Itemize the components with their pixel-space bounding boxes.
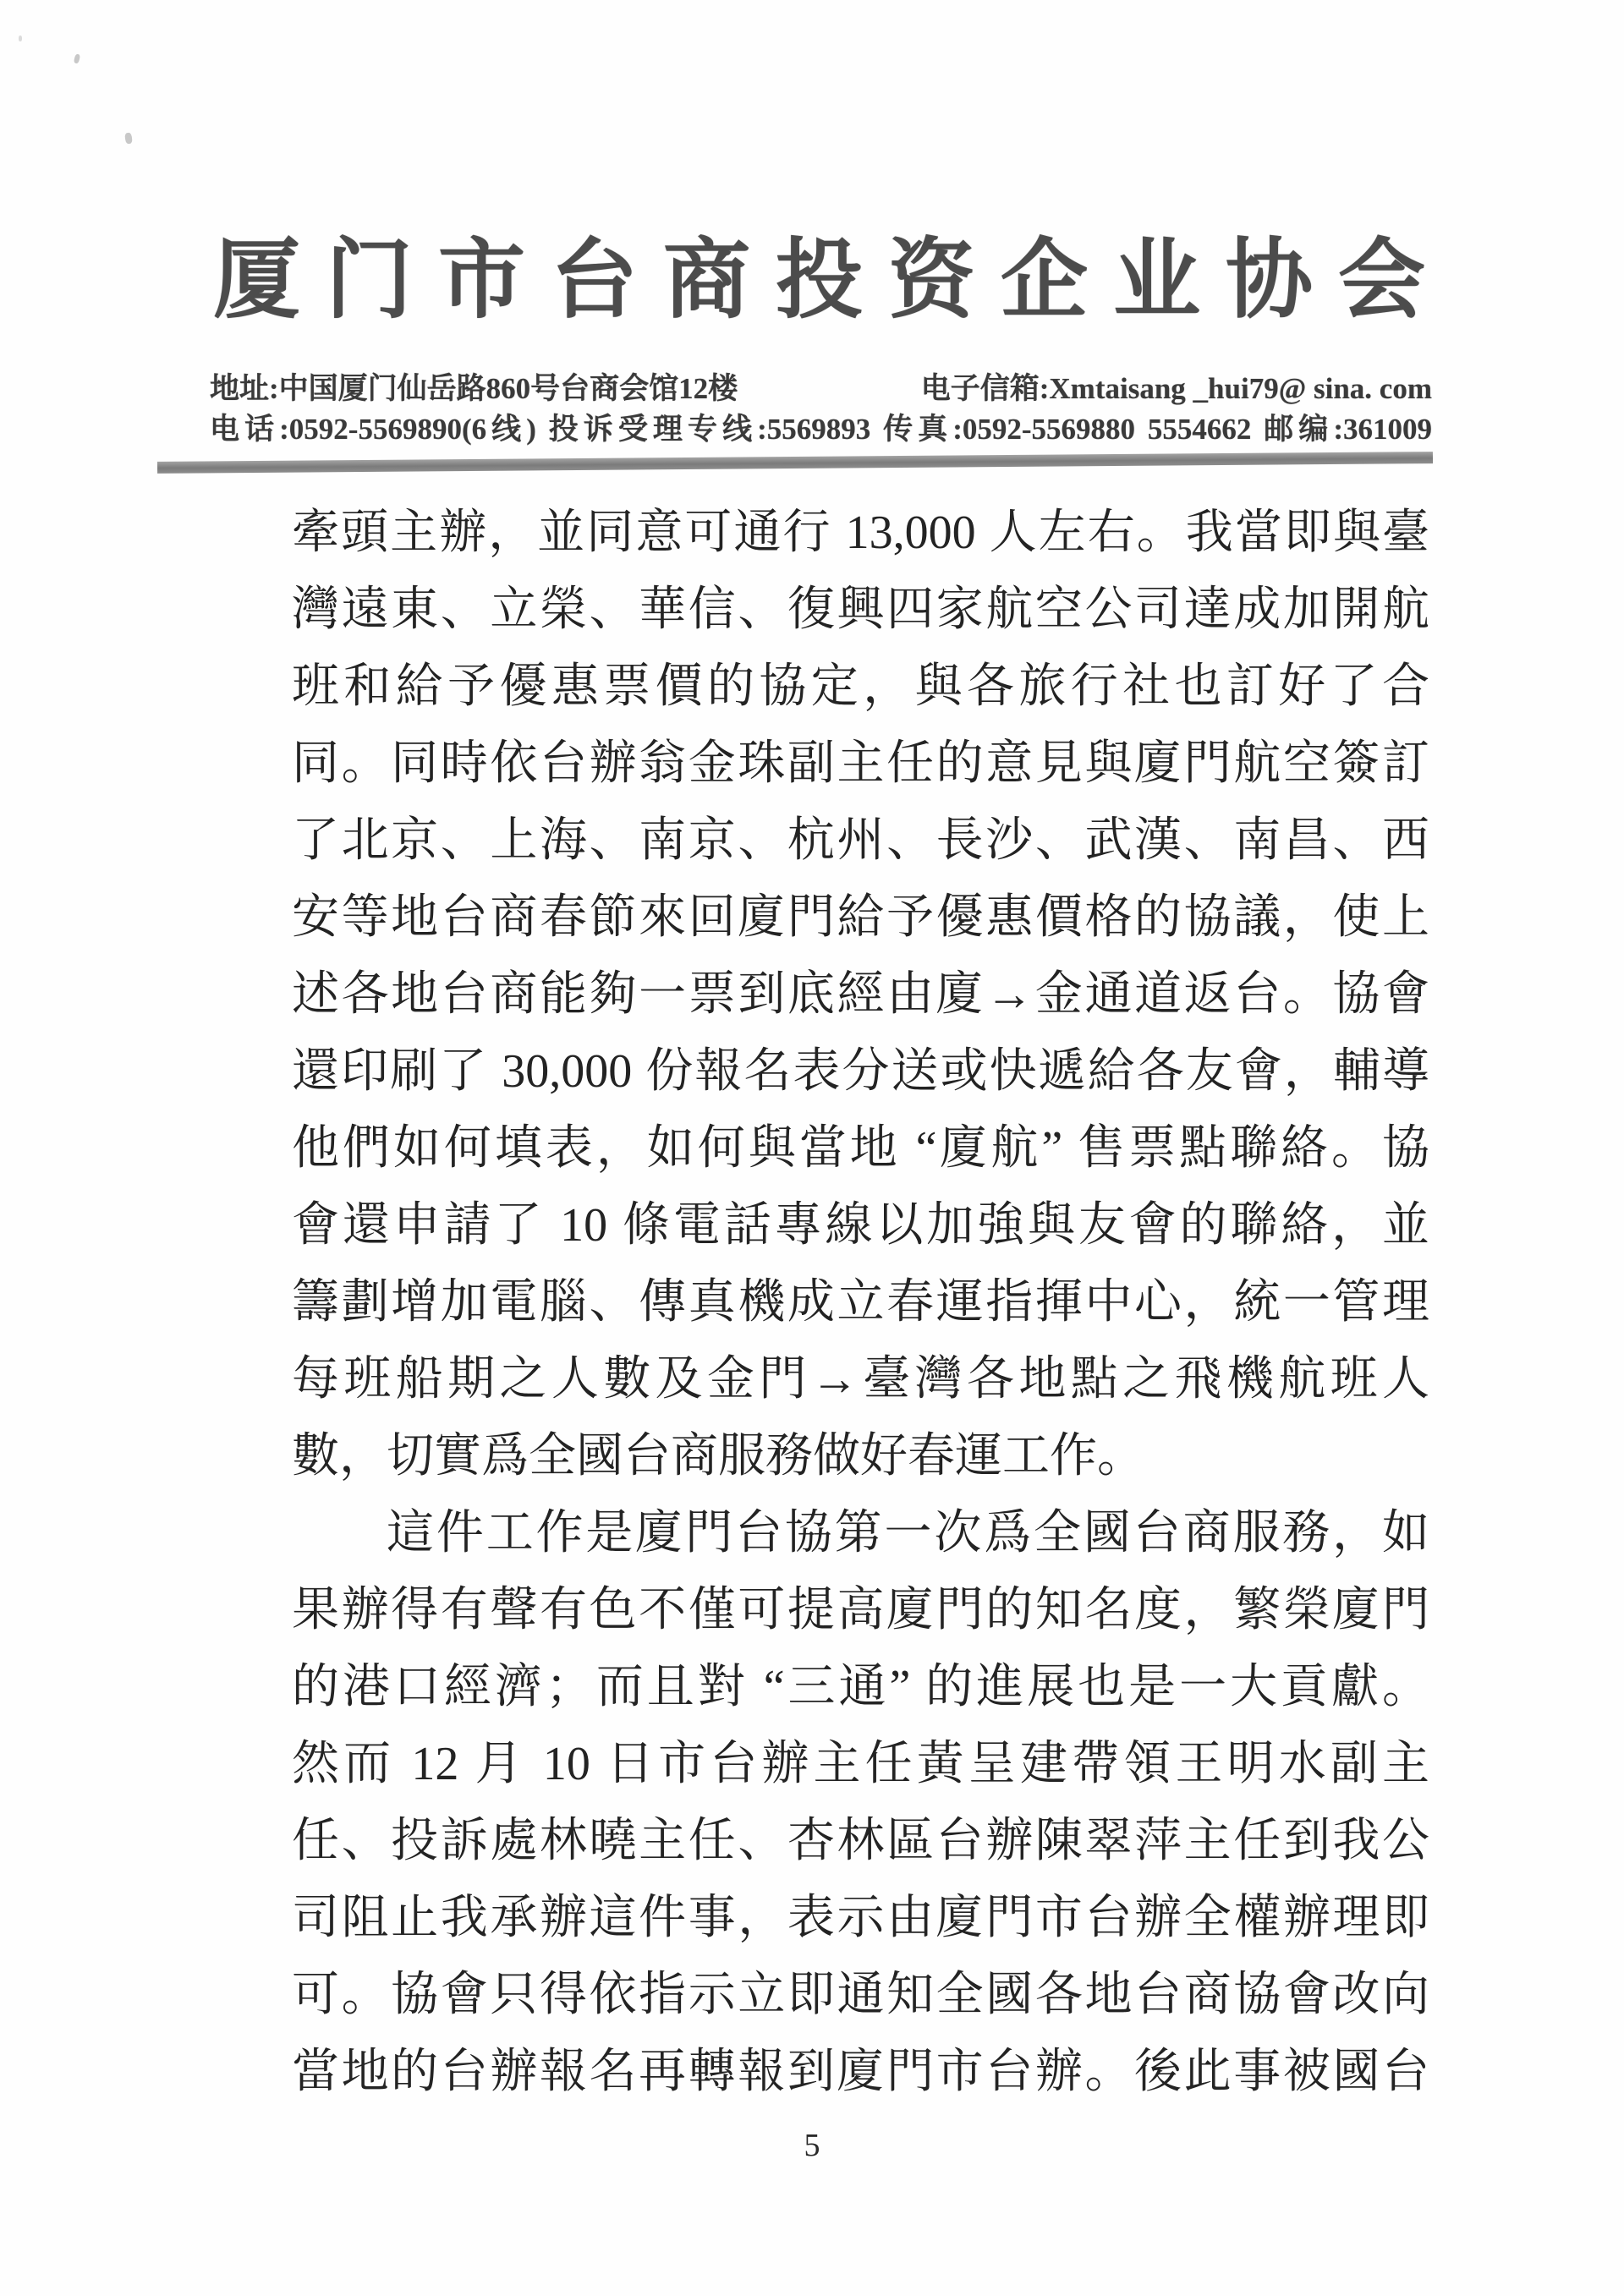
- body-line: 述各地台商能夠一票到底經由廈→金通道返台。協會: [292, 956, 1429, 1033]
- body-line: 牽頭主辦，並同意可通行 13,000 人左右。我當即與臺: [292, 495, 1429, 572]
- body-line-paragraph-start: 這件工作是廈門台協第一次爲全國台商服務，如: [292, 1495, 1429, 1572]
- body-line: 當地的台辦報名再轉報到廈門市台辦。後此事被國台: [292, 2034, 1429, 2111]
- body-line: 了北京、上海、南京、杭州、長沙、武漢、南昌、西: [292, 803, 1429, 879]
- address-text: 地址:中国厦门仙岳路860号台商会馆12楼: [210, 365, 738, 408]
- body-line: 的港口經濟；而且對 “三通” 的進展也是一大貢獻。: [292, 1649, 1429, 1726]
- body-line: 同。同時依台辦翁金珠副主任的意見與廈門航空簽訂: [292, 726, 1429, 803]
- body-line: 還印刷了 30,000 份報名表分送或快遞給各友會，輔導: [292, 1033, 1429, 1110]
- body-line: 司阻止我承辦這件事，表示由廈門市台辦全權辦理即: [292, 1880, 1429, 1957]
- body-line: 會還申請了 10 條電話專線以加強與友會的聯絡，並: [292, 1187, 1429, 1264]
- letterhead-contact-row-2: 电话:0592-5569890(6线) 投诉受理专线:5569893 传真:05…: [210, 406, 1432, 448]
- body-line: 數，切實爲全國台商服務做好春運工作。: [292, 1418, 1429, 1495]
- body-line: 安等地台商春節來回廈門給予優惠價格的協議，使上: [292, 879, 1429, 956]
- email-text: 电子信箱:Xmtaisang _hui79@ sina. com: [921, 365, 1432, 408]
- scanned-document-page: 厦门市台商投资企业协会 地址:中国厦门仙岳路860号台商会馆12楼 电子信箱:X…: [0, 0, 1624, 2296]
- scan-speck: [124, 133, 133, 145]
- body-line: 可。協會只得依指示立即通知全國各地台商協會改向: [292, 1957, 1429, 2034]
- letterhead-title: 厦门市台商投资企业协会: [213, 233, 1451, 329]
- letterhead-contact-row-1: 地址:中国厦门仙岳路860号台商会馆12楼 电子信箱:Xmtaisang _hu…: [210, 365, 1432, 408]
- body-line: 班和給予優惠票價的協定，與各旅行社也訂好了合: [292, 649, 1429, 726]
- body-line: 灣遠東、立榮、華信、復興四家航空公司達成加開航: [292, 572, 1429, 649]
- body-line: 果辦得有聲有色不僅可提高廈門的知名度，繁榮廈門: [292, 1572, 1429, 1649]
- body-line: 然而 12 月 10 日市台辦主任黃呈建帶領王明水副主: [292, 1726, 1429, 1803]
- body-line: 任、投訴處林曉主任、杏林區台辦陳翠萍主任到我公: [292, 1803, 1429, 1880]
- body-line: 每班船期之人數及金門→臺灣各地點之飛機航班人: [292, 1341, 1429, 1418]
- scan-speck: [74, 53, 80, 63]
- body-line: 籌劃增加電腦、傳真機成立春運指揮中心，統一管理: [292, 1264, 1429, 1341]
- document-body: 牽頭主辦，並同意可通行 13,000 人左右。我當即與臺 灣遠東、立榮、華信、復…: [292, 495, 1429, 2111]
- page-number: 5: [0, 2127, 1624, 2164]
- scan-speck: [19, 36, 22, 41]
- body-line: 他們如何填表，如何與當地 “廈航” 售票點聯絡。協: [292, 1110, 1429, 1187]
- letterhead-divider-rule: [157, 452, 1433, 474]
